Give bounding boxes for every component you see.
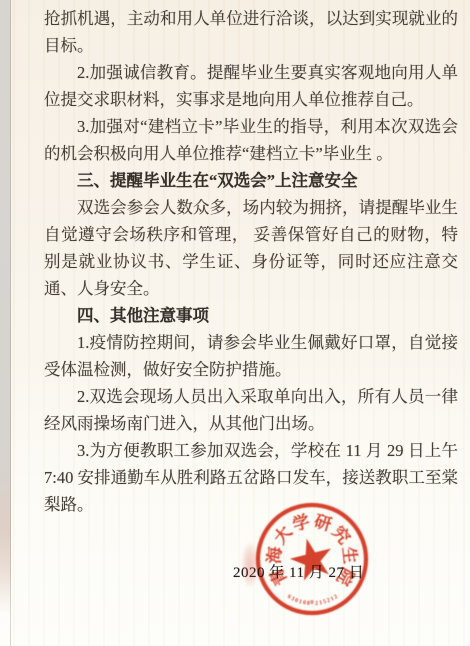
scan-edge-strip: [0, 0, 11, 646]
paragraph-continuation: 抢抓机遇，主动和用人单位进行洽谈，以达到实现就业的目标。: [44, 5, 458, 59]
paragraph-item-3: 3.加强对“建档立卡”毕业生的指导，利用本次双选会的机会积极向用人单位推荐“建档…: [44, 113, 458, 167]
paragraph-note-3: 3.为方便教职工参加双选会，学校在 11 月 29 日上午 7:40 安排通勤车…: [44, 437, 458, 518]
paragraph-safety: 双选会参会人数众多，场内较为拥挤，请提醒毕业生自觉遵守会场秩序和管理， 妥善保管…: [44, 194, 458, 302]
official-seal-stamp: 青海大学研究生院 6301080215212: [256, 503, 368, 615]
section-heading-4: 四、其他注意事项: [44, 302, 458, 329]
paragraph-item-2: 2.加强诚信教育。提醒毕业生要真实客观地向用人单位提交求职材料，实事求是地向用人…: [44, 59, 458, 113]
paragraph-note-2: 2.双选会现场人员出入采取单向出入，所有人员一律经风雨操场南门进入，从其他门出场…: [44, 383, 458, 437]
paragraph-note-1: 1.疫情防控期间，请参会毕业生佩戴好口罩，自觉接受体温检测，做好安全防护措施。: [44, 329, 458, 383]
document-body: 抢抓机遇，主动和用人单位进行洽谈，以达到实现就业的目标。 2.加强诚信教育。提醒…: [44, 5, 458, 518]
section-heading-3: 三、提醒毕业生在“双选会”上注意安全: [44, 167, 458, 194]
